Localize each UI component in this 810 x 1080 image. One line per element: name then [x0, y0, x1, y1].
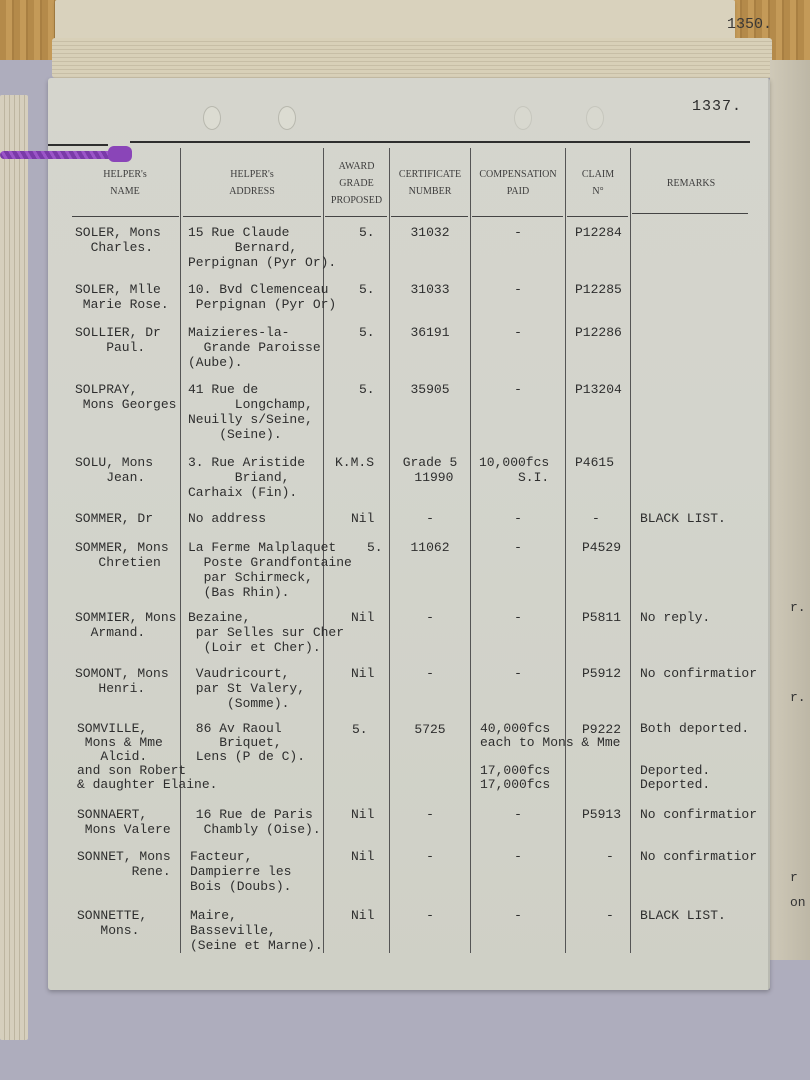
helper-address: No address — [188, 511, 266, 526]
certificate-number: - — [390, 511, 470, 526]
award-grade: 5. — [359, 225, 375, 240]
claim-number: P12286 — [575, 325, 622, 340]
helper-name: SONNAERT, Mons Valere — [77, 807, 171, 837]
header-line: GRADE — [339, 175, 373, 192]
helper-address: 16 Rue de Paris Chambly (Oise). — [188, 807, 321, 837]
compensation-paid: - — [471, 511, 565, 526]
certificate-number: 11062 — [390, 540, 470, 555]
column-divider — [630, 148, 631, 953]
remarks: No reply. — [640, 610, 710, 625]
column-divider — [565, 148, 566, 953]
paper-stack-edges — [52, 38, 772, 78]
compensation-paid: 10,000fcs S.I. — [479, 455, 549, 485]
header-underline — [325, 216, 387, 217]
helper-name: SOLLIER, Dr Paul. — [75, 325, 161, 355]
header-rule — [130, 141, 750, 143]
header-claim-number: CLAIM N° — [566, 150, 630, 216]
header-line: NAME — [110, 183, 139, 200]
helper-name: SOLPRAY, Mons Georges — [75, 382, 176, 412]
background-page-number: 1350. — [727, 16, 772, 33]
claim-number: - — [606, 908, 614, 923]
helper-name: SOMMIER, Mons Armand. — [75, 610, 176, 640]
award-grade: Nil — [351, 849, 374, 864]
helper-name: SOMMER, Mons Chretien — [75, 540, 169, 570]
claim-number: - — [592, 511, 600, 526]
claim-number: - — [606, 849, 614, 864]
header-line: ADDRESS — [229, 183, 275, 200]
certificate-number: - — [390, 610, 470, 625]
remarks: No confirmatior — [640, 666, 757, 681]
helper-address: 10. Bvd Clemenceau Perpignan (Pyr Or) — [188, 282, 336, 312]
header-line: REMARKS — [667, 175, 715, 192]
certificate-number: 31033 — [390, 282, 470, 297]
header-line: PAID — [507, 183, 529, 200]
remarks: No confirmatior — [640, 807, 757, 822]
helper-address: La Ferme Malplaquet Poste Grandfontaine … — [188, 540, 352, 600]
header-underline — [472, 216, 563, 217]
compensation-paid: - — [471, 666, 565, 681]
award-grade: K.M.S — [335, 455, 374, 470]
punch-hole — [586, 106, 604, 130]
certificate-number: - — [390, 807, 470, 822]
margin-fragment: r — [790, 870, 798, 885]
compensation-paid: - — [471, 325, 565, 340]
right-paper-stack — [770, 60, 810, 960]
award-grade: 5. — [359, 325, 375, 340]
certificate-number: 36191 — [390, 325, 470, 340]
remarks: Both deported. Deported. Deported. — [640, 722, 749, 792]
header-line: AWARD — [339, 158, 375, 175]
header-award-grade: AWARD GRADE PROPOSED — [324, 150, 389, 216]
helper-address: Facteur, Dampierre les Bois (Doubs). — [190, 849, 291, 894]
helper-address: Maire, Basseville, (Seine et Marne). — [190, 908, 323, 953]
helper-name: SONNET, Mons Rene. — [77, 849, 171, 879]
award-grade: 5. — [352, 722, 368, 737]
helper-name: SOLU, Mons Jean. — [75, 455, 153, 485]
header-line: NUMBER — [409, 183, 452, 200]
punch-hole — [514, 106, 532, 130]
header-line: HELPER's — [103, 166, 146, 183]
header-rule-left — [48, 144, 108, 146]
helper-address: 41 Rue de Longchamp, Neuilly s/Seine, (S… — [188, 382, 313, 442]
header-underline — [632, 213, 748, 214]
header-certificate-number: CERTIFICATE NUMBER — [390, 150, 470, 216]
certificate-number: - — [390, 908, 470, 923]
compensation-paid: - — [471, 282, 565, 297]
award-grade: Nil — [351, 666, 374, 681]
margin-fragment: on — [790, 895, 806, 910]
claim-number: P5912 — [582, 666, 621, 681]
margin-fragment: r. — [790, 690, 806, 705]
remarks: BLACK LIST. — [640, 908, 726, 923]
claim-number: P9222 — [582, 722, 621, 737]
helper-name: SOLER, Mons Charles. — [75, 225, 161, 255]
left-paper-stack — [0, 95, 28, 1040]
award-grade: Nil — [351, 610, 374, 625]
header-underline — [183, 216, 321, 217]
compensation-paid: - — [471, 849, 565, 864]
helper-name: SOMONT, Mons Henri. — [75, 666, 169, 696]
compensation-paid: - — [471, 382, 565, 397]
punch-hole — [278, 106, 296, 130]
header-underline — [72, 216, 179, 217]
helper-address: 15 Rue Claude Bernard, Perpignan (Pyr Or… — [188, 225, 336, 270]
header-remarks: REMARKS — [631, 150, 751, 216]
remarks: BLACK LIST. — [640, 511, 726, 526]
header-underline — [391, 216, 468, 217]
compensation-paid: - — [471, 540, 565, 555]
header-line: COMPENSATION — [479, 166, 556, 183]
certificate-number: - — [390, 849, 470, 864]
claim-number: P4529 — [582, 540, 621, 555]
page-number: 1337. — [692, 98, 742, 115]
sheet-edge — [768, 78, 770, 990]
margin-fragment: r. — [790, 600, 806, 615]
header-compensation-paid: COMPENSATION PAID — [471, 150, 565, 216]
header-line: CERTIFICATE — [399, 166, 461, 183]
award-grade: Nil — [351, 511, 374, 526]
helper-address: Vaudricourt, par St Valery, (Somme). — [188, 666, 305, 711]
certificate-number: 31032 — [390, 225, 470, 240]
header-line: N° — [592, 183, 603, 200]
compensation-paid: - — [471, 908, 565, 923]
award-grade: 5. — [359, 382, 375, 397]
helper-name: SOLER, Mlle Marie Rose. — [75, 282, 169, 312]
award-grade: Nil — [351, 807, 374, 822]
claim-number: P4615 — [575, 455, 614, 470]
certificate-number: 5725 — [390, 722, 470, 737]
header-line: PROPOSED — [331, 192, 382, 209]
compensation-paid: - — [471, 225, 565, 240]
header-line: CLAIM — [582, 166, 614, 183]
helper-address: 86 Av Raoul Briquet, Lens (P de C). — [188, 722, 305, 764]
helper-name: SOMMER, Dr — [75, 511, 153, 526]
header-underline — [567, 216, 628, 217]
helper-address: Maizieres-la- Grande Paroisse (Aube). — [188, 325, 321, 370]
claim-number: P12285 — [575, 282, 622, 297]
certificate-number: 35905 — [390, 382, 470, 397]
award-grade: 5. — [359, 282, 375, 297]
header-helper-address: HELPER's ADDRESS — [181, 150, 323, 216]
claim-number: P12284 — [575, 225, 622, 240]
helper-address: Bezaine, par Selles sur Cher (Loir et Ch… — [188, 610, 344, 655]
remarks: No confirmatior — [640, 849, 757, 864]
claim-number: P5913 — [582, 807, 621, 822]
compensation-paid: - — [471, 610, 565, 625]
helper-address: 3. Rue Aristide Briand, Carhaix (Fin). — [188, 455, 305, 500]
header-line: HELPER's — [230, 166, 273, 183]
claim-number: P5811 — [582, 610, 621, 625]
certificate-number: Grade 5 11990 — [390, 455, 470, 485]
column-divider — [180, 148, 181, 953]
certificate-number: - — [390, 666, 470, 681]
helper-name: SONNETTE, Mons. — [77, 908, 147, 938]
binding-knot — [108, 146, 132, 162]
compensation-paid: - — [471, 807, 565, 822]
award-grade: Nil — [351, 908, 374, 923]
punch-hole — [203, 106, 221, 130]
claim-number: P13204 — [575, 382, 622, 397]
award-grade: 5. — [367, 540, 383, 555]
